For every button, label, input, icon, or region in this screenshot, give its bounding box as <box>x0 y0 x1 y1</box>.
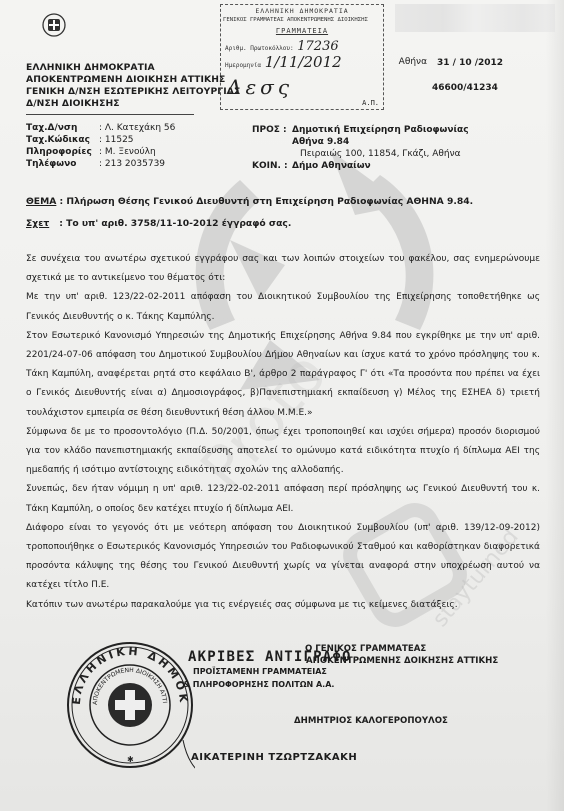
received-stamp: ΕΛΛΗΝΙΚΗ ΔΗΜΟΚΡΑΤΙΑ ΓΕΝΙΚΟΣ ΓΡΑΜΜΑΤΕΑΣ Α… <box>220 4 384 110</box>
recipient-to-line2: Αθήνα 9.84 <box>252 136 469 148</box>
body-paragraph: Συνεπώς, δεν ήταν νόμιμη η υπ' αριθ. 123… <box>26 480 540 518</box>
stamp-date: Ημερομηνία 1/11/2012 <box>225 53 342 71</box>
document-body: Σε συνέχεια του ανωτέρω σχετικού εγγράφο… <box>26 250 540 615</box>
stamp-protocol: Αριθμ. Πρωτοκόλλου: 17236 <box>225 39 339 54</box>
reference-text: : Το υπ' αριθ. 3758/11-10-2012 έγγραφό σ… <box>56 218 291 229</box>
head-name: ΑΙΚΑΤΕΡΙΝΗ ΤΖΩΡΤΖΑΚΑΚΗ <box>191 752 357 763</box>
contact-value: : 11525 <box>99 134 134 146</box>
protocol-number: 46600/41234 <box>432 83 498 93</box>
contact-label: Τηλέφωνο <box>26 158 99 170</box>
body-paragraph: Διάφορο είναι το γεγονός ότι με νεότερη … <box>26 519 540 596</box>
contact-row: Ταχ.Κώδικας: 11525 <box>26 134 175 146</box>
subject-text: : Πλήρωση Θέσης Γενικού Διευθυντή στη Επ… <box>56 196 473 207</box>
contact-details: Ταχ.Δ/νση: Λ. Κατεχάκη 56 Ταχ.Κώδικας: 1… <box>26 122 175 170</box>
body-paragraph: Στον Εσωτερικό Κανονισμό Υπηρεσιών της Δ… <box>26 327 540 423</box>
header-line: ΑΠΟΚΕΝΤΡΩΜΕΝΗ ΔΙΟΙΚΗΣΗ ΑΤΤΙΚΗΣ <box>26 74 240 86</box>
header-line: ΕΛΛΗΝΙΚΗ ΔΗΜΟΚΡΑΤΙΑ <box>26 62 240 74</box>
body-paragraph: Σε συνέχεια του ανωτέρω σχετικού εγγράφο… <box>26 250 540 288</box>
greek-emblem-icon <box>42 13 66 37</box>
stamp-city: Αθήνα <box>399 57 427 67</box>
official-seal-icon: ΕΛΛΗΝΙΚΗ ΔΗΜΟΚΡΑΤΙΑ ΑΠΟΚΕΝΤΡΩΜΕΝΗ ΔΙΟΙΚΗ… <box>65 640 195 770</box>
certified-copy-stamp: ΑΚΡΙΒΕΣ ΑΝΤΙΓΡΑΦΟ <box>188 649 352 665</box>
contact-label: Ταχ.Δ/νση <box>26 122 99 134</box>
header-divider <box>26 114 194 115</box>
to-label: ΠΡΟΣ : <box>252 124 292 136</box>
contact-value: : 213 2035739 <box>99 158 165 170</box>
stamp-line: ΕΛΛΗΝΙΚΗ ΔΗΜΟΚΡΑΤΙΑ <box>221 7 383 15</box>
cc-value: Δήμο Αθηναίων <box>292 160 371 172</box>
recipient-cc: ΚΟΙΝ. :Δήμο Αθηναίων <box>252 160 469 172</box>
head-title-line2: & ΠΛΗΡΟΦΟΡΗΣΗΣ ΠΟΛΙΤΩΝ Α.Α. <box>183 680 334 689</box>
stamp-line: ΓΕΝΙΚΟΣ ΓΡΑΜΜΑΤΕΑΣ ΑΠΟΚΕΝΤΡΩΜΕΝΗΣ ΔΙΟΙΚΗ… <box>223 17 368 23</box>
document-date: 31 / 10 /2012 <box>437 58 503 68</box>
stamp-date-label: Ημερομηνία <box>225 62 261 69</box>
stamp-protocol-label: Αριθμ. Πρωτοκόλλου: <box>225 45 294 52</box>
contact-row: Τηλέφωνο: 213 2035739 <box>26 158 175 170</box>
to-value-line2: Αθήνα 9.84 <box>292 136 349 148</box>
svg-text:✱: ✱ <box>127 755 134 764</box>
contact-row: Ταχ.Δ/νση: Λ. Κατεχάκη 56 <box>26 122 175 134</box>
header-line: ΓΕΝΙΚΗ Δ/ΝΣΗ ΕΣΩΤΕΡΙΚΗΣ ΛΕΙΤΟΥΡΓΙΑΣ <box>26 86 240 98</box>
redacted-area <box>395 4 555 32</box>
recipient-address: Πειραιώς 100, 11854, Γκάζι, Αθήνα <box>252 148 469 160</box>
body-paragraph: Σύμφωνα δε με το προσοντολόγιο (Π.Δ. 50/… <box>26 423 540 481</box>
contact-label: Πληροφορίες <box>26 146 99 158</box>
header-line: Δ/ΝΣΗ ΔΙΟΙΚΗΣΗΣ <box>26 98 240 110</box>
contact-label: Ταχ.Κώδικας <box>26 134 99 146</box>
contact-value: : Λ. Κατεχάκη 56 <box>99 122 175 134</box>
reference-label: Σχετ <box>26 218 56 229</box>
subject-label: ΘΕΜΑ <box>26 196 56 207</box>
contact-value: : Μ. Ξενούλη <box>99 146 156 158</box>
to-address: Πειραιώς 100, 11854, Γκάζι, Αθήνα <box>292 148 461 160</box>
contact-row: Πληροφορίες: Μ. Ξενούλη <box>26 146 175 158</box>
subject-line: ΘΕΜΑ : Πλήρωση Θέσης Γενικού Διευθυντή σ… <box>26 196 473 207</box>
stamp-line: ΓΡΑΜΜΑΤΕΙΑ <box>221 27 383 35</box>
stamp-protocol-number: 17236 <box>297 39 338 54</box>
reference-line: Σχετ : Το υπ' αριθ. 3758/11-10-2012 έγγρ… <box>26 218 291 229</box>
body-paragraph: Με την υπ' αριθ. 123/22-02-2011 απόφαση … <box>26 288 540 326</box>
signatory-name: ΔΗΜΗΤΡΙΟΣ ΚΑΛΟΓΕΡΟΠΟΥΛΟΣ <box>294 716 448 726</box>
document-page: Proto stayturned ΕΛΛΗΝΙΚΗ ΔΗΜΟΚΡΑΤΙΑ ΑΠΟ… <box>0 0 564 811</box>
head-title-line1: ΠΡΟΪΣΤΑΜΕΝΗ ΓΡΑΜΜΑΤΕΙΑΣ <box>193 667 327 676</box>
to-value: Δημοτική Επιχείρηση Ραδιοφωνίας <box>292 124 469 136</box>
cc-label: ΚΟΙΝ. : <box>252 160 292 172</box>
recipients: ΠΡΟΣ :Δημοτική Επιχείρηση Ραδιοφωνίας Αθ… <box>252 124 469 172</box>
issuing-authority: ΕΛΛΗΝΙΚΗ ΔΗΜΟΚΡΑΤΙΑ ΑΠΟΚΕΝΤΡΩΜΕΝΗ ΔΙΟΙΚΗ… <box>26 62 240 110</box>
page-edge-shadow <box>546 0 564 811</box>
body-paragraph: Κατόπιν των ανωτέρω παρακαλούμε για τις … <box>26 596 540 615</box>
recipient-to: ΠΡΟΣ :Δημοτική Επιχείρηση Ραδιοφωνίας <box>252 124 469 136</box>
stamp-signature: Δεσς <box>227 75 293 99</box>
stamp-date-handwritten: 1/11/2012 <box>265 53 342 71</box>
stamp-ap-label: Α.Π. <box>362 99 379 107</box>
